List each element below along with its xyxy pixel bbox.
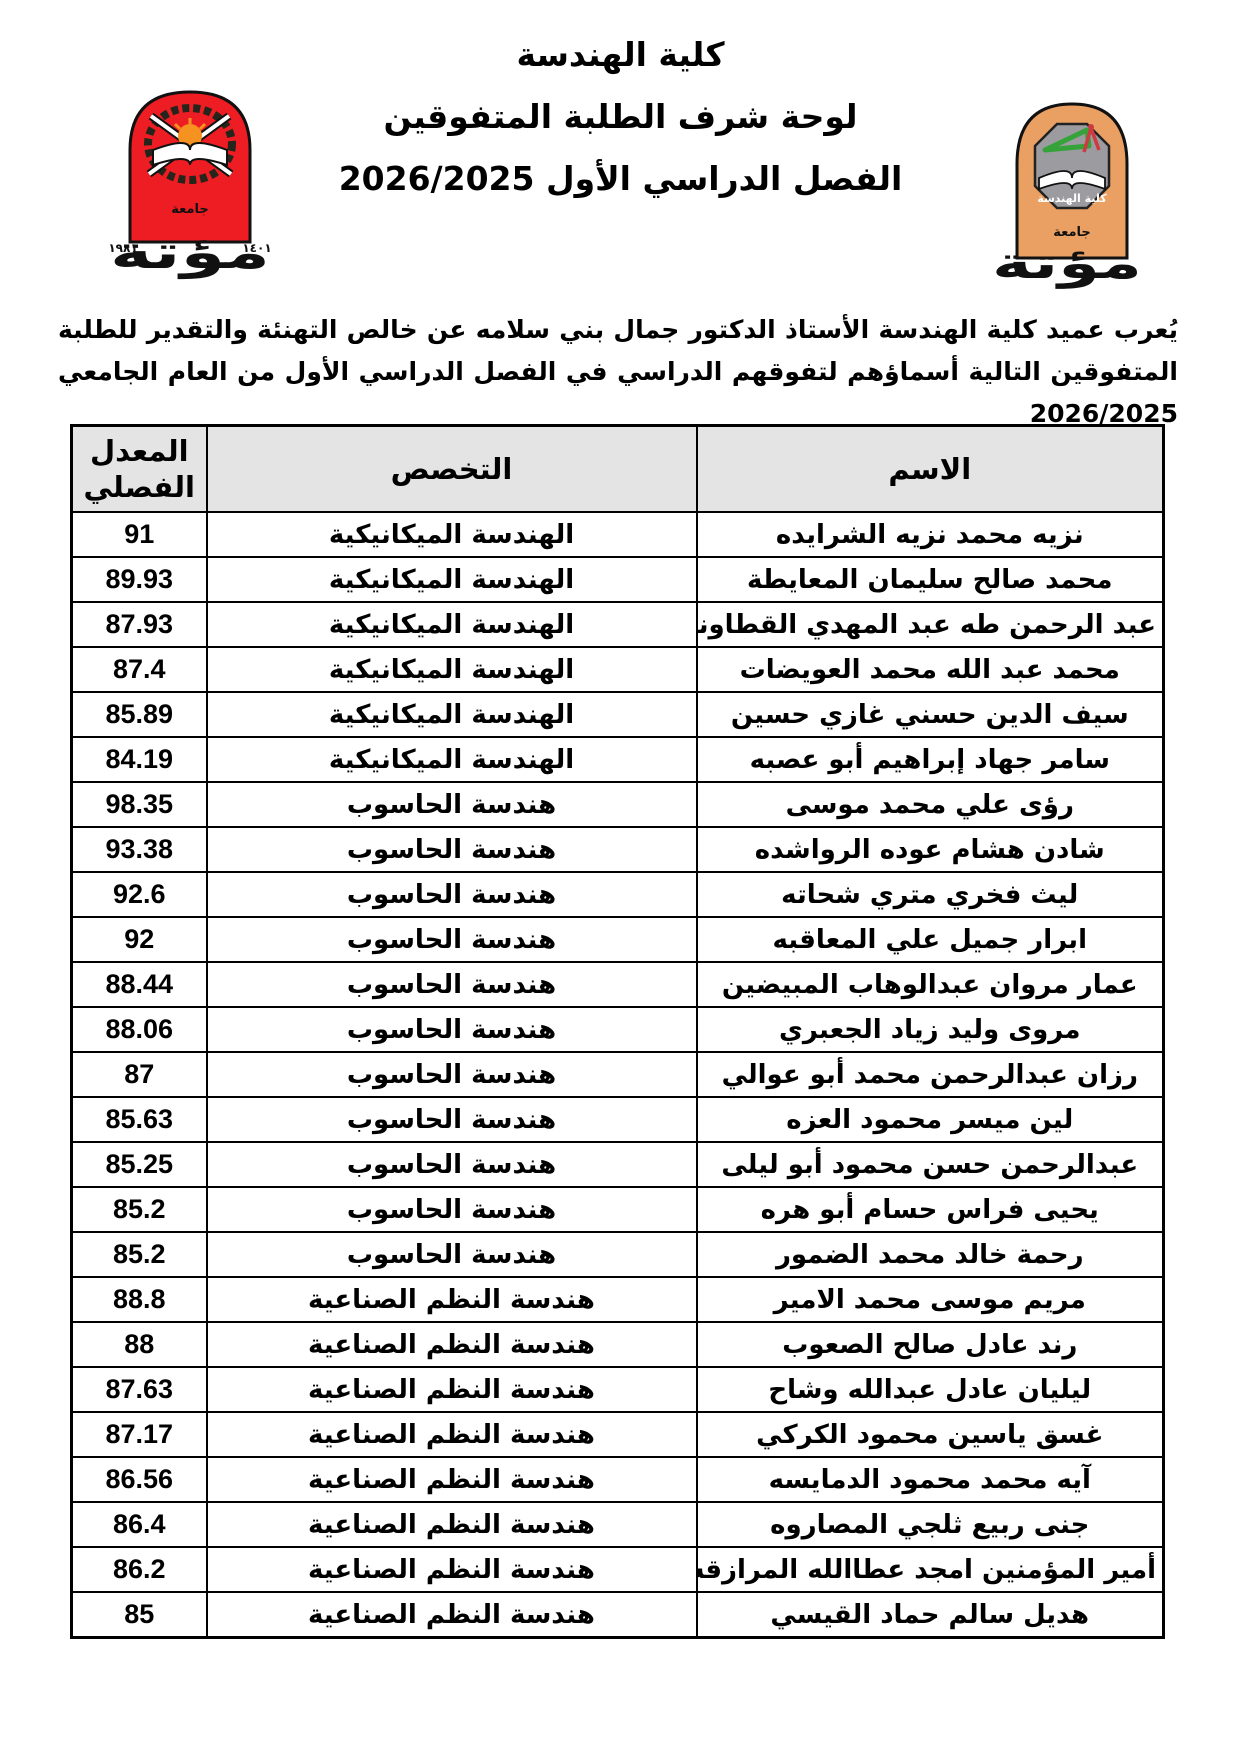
student-name: عبد الرحمن طه عبد المهدي القطاونه (697, 602, 1164, 647)
student-major: هندسة الحاسوب (207, 827, 697, 872)
col-header-major: التخصص (207, 426, 697, 513)
student-major: الهندسة الميكانيكية (207, 602, 697, 647)
col-header-gpa: المعدل الفصلي (72, 426, 207, 513)
student-name: عبدالرحمن حسن محمود أبو ليلى (697, 1142, 1164, 1187)
student-major: هندسة النظم الصناعية (207, 1457, 697, 1502)
student-gpa: 85.63 (72, 1097, 207, 1142)
student-name: جنى ربيع ثلجي المصاروه (697, 1502, 1164, 1547)
student-major: هندسة الحاسوب (207, 1007, 697, 1052)
student-name: نزيه محمد نزيه الشرايده (697, 512, 1164, 557)
student-gpa: 88.8 (72, 1277, 207, 1322)
student-row: رؤى علي محمد موسىهندسة الحاسوب98.35 (72, 782, 1164, 827)
student-row: آيه محمد محمود الدمايسههندسة النظم الصنا… (72, 1457, 1164, 1502)
intro-paragraph: يُعرب عميد كلية الهندسة الأستاذ الدكتور … (58, 309, 1178, 435)
student-gpa: 85.2 (72, 1187, 207, 1232)
student-row: رند عادل صالح الصعوبهندسة النظم الصناعية… (72, 1322, 1164, 1367)
table-header-row: الاسم التخصص المعدل الفصلي (72, 426, 1164, 513)
student-gpa: 87.17 (72, 1412, 207, 1457)
student-name: رند عادل صالح الصعوب (697, 1322, 1164, 1367)
student-name: محمد صالح سليمان المعايطة (697, 557, 1164, 602)
student-gpa: 88 (72, 1322, 207, 1367)
student-row: غسق ياسين محمود الكركيهندسة النظم الصناع… (72, 1412, 1164, 1457)
student-name: آيه محمد محمود الدمايسه (697, 1457, 1164, 1502)
student-gpa: 88.44 (72, 962, 207, 1007)
student-major: هندسة الحاسوب (207, 1052, 697, 1097)
student-major: هندسة الحاسوب (207, 872, 697, 917)
student-row: محمد عبد الله محمد العويضاتالهندسة الميك… (72, 647, 1164, 692)
student-gpa: 93.38 (72, 827, 207, 872)
student-name: سيف الدين حسني غازي حسين (697, 692, 1164, 737)
student-major: الهندسة الميكانيكية (207, 737, 697, 782)
student-gpa: 84.19 (72, 737, 207, 782)
student-gpa: 85.2 (72, 1232, 207, 1277)
student-name: عمار مروان عبدالوهاب المبيضين (697, 962, 1164, 1007)
student-gpa: 85 (72, 1592, 207, 1638)
student-major: هندسة الحاسوب (207, 1232, 697, 1277)
student-major: هندسة الحاسوب (207, 1187, 697, 1232)
document-page: جامعة ١٩٨١ ١٤٠١ مؤتة كلية الهندسة لوحة ش… (0, 0, 1241, 1755)
student-row: سامر جهاد إبراهيم أبو عصبهالهندسة الميكا… (72, 737, 1164, 782)
student-major: هندسة النظم الصناعية (207, 1367, 697, 1412)
student-major: هندسة الحاسوب (207, 1142, 697, 1187)
student-gpa: 85.25 (72, 1142, 207, 1187)
student-gpa: 91 (72, 512, 207, 557)
student-row: عمار مروان عبدالوهاب المبيضينهندسة الحاس… (72, 962, 1164, 1007)
student-major: هندسة النظم الصناعية (207, 1322, 697, 1367)
student-major: هندسة النظم الصناعية (207, 1412, 697, 1457)
student-row: نزيه محمد نزيه الشرايدهالهندسة الميكانيك… (72, 512, 1164, 557)
student-name: ليث فخري متري شحاته (697, 872, 1164, 917)
student-gpa: 87 (72, 1052, 207, 1097)
mutah-calligraphy: مؤتة (992, 238, 1142, 289)
student-major: الهندسة الميكانيكية (207, 512, 697, 557)
student-row: شادن هشام عوده الرواشدههندسة الحاسوب93.3… (72, 827, 1164, 872)
student-name: رؤى علي محمد موسى (697, 782, 1164, 827)
student-row: لين ميسر محمود العزههندسة الحاسوب85.63 (72, 1097, 1164, 1142)
student-row: رزان عبدالرحمن محمد أبو عواليهندسة الحاس… (72, 1052, 1164, 1097)
student-gpa: 98.35 (72, 782, 207, 827)
student-major: هندسة الحاسوب (207, 917, 697, 962)
student-name: غسق ياسين محمود الكركي (697, 1412, 1164, 1457)
student-gpa: 88.06 (72, 1007, 207, 1052)
student-row: هديل سالم حماد القيسيهندسة النظم الصناعي… (72, 1592, 1164, 1638)
student-name: يحيى فراس حسام أبو هره (697, 1187, 1164, 1232)
student-gpa: 87.4 (72, 647, 207, 692)
student-major: هندسة الحاسوب (207, 782, 697, 827)
student-name: ليليان عادل عبدالله وشاح (697, 1367, 1164, 1412)
student-row: ليليان عادل عبدالله وشاحهندسة النظم الصن… (72, 1367, 1164, 1412)
student-name: مروى وليد زياد الجعبري (697, 1007, 1164, 1052)
students-tbody: نزيه محمد نزيه الشرايدهالهندسة الميكانيك… (72, 512, 1164, 1638)
student-name: سامر جهاد إبراهيم أبو عصبه (697, 737, 1164, 782)
student-gpa: 92.6 (72, 872, 207, 917)
student-row: عبدالرحمن حسن محمود أبو ليلىهندسة الحاسو… (72, 1142, 1164, 1187)
mutah-calligraphy: مؤتة (110, 225, 270, 279)
student-name: رزان عبدالرحمن محمد أبو عوالي (697, 1052, 1164, 1097)
student-row: ابرار جميل علي المعاقبههندسة الحاسوب92 (72, 917, 1164, 962)
college-name-label: كلية الهندسة (1037, 192, 1107, 205)
student-row: أمير المؤمنين امجد عطاالله المرازقههندسة… (72, 1547, 1164, 1592)
student-gpa: 86.4 (72, 1502, 207, 1547)
student-gpa: 87.93 (72, 602, 207, 647)
student-row: ليث فخري متري شحاتههندسة الحاسوب92.6 (72, 872, 1164, 917)
engineering-college-logo: كلية الهندسة جامعة مؤتة (962, 86, 1157, 291)
student-major: الهندسة الميكانيكية (207, 692, 697, 737)
student-name: هديل سالم حماد القيسي (697, 1592, 1164, 1638)
student-gpa: 92 (72, 917, 207, 962)
student-row: محمد صالح سليمان المعايطةالهندسة الميكان… (72, 557, 1164, 602)
student-row: مروى وليد زياد الجعبريهندسة الحاسوب88.06 (72, 1007, 1164, 1052)
student-major: الهندسة الميكانيكية (207, 647, 697, 692)
page-title: كلية الهندسة (0, 38, 1241, 71)
student-major: الهندسة الميكانيكية (207, 557, 697, 602)
student-major: هندسة الحاسوب (207, 1097, 697, 1142)
honor-table: الاسم التخصص المعدل الفصلي نزيه محمد نزي… (70, 424, 1165, 1639)
student-row: جنى ربيع ثلجي المصاروههندسة النظم الصناع… (72, 1502, 1164, 1547)
student-name: محمد عبد الله محمد العويضات (697, 647, 1164, 692)
student-gpa: 86.2 (72, 1547, 207, 1592)
student-row: سيف الدين حسني غازي حسينالهندسة الميكاني… (72, 692, 1164, 737)
student-row: يحيى فراس حسام أبو هرههندسة الحاسوب85.2 (72, 1187, 1164, 1232)
student-row: رحمة خالد محمد الضمورهندسة الحاسوب85.2 (72, 1232, 1164, 1277)
student-major: هندسة النظم الصناعية (207, 1547, 697, 1592)
student-major: هندسة الحاسوب (207, 962, 697, 1007)
student-major: هندسة النظم الصناعية (207, 1592, 697, 1638)
student-name: أمير المؤمنين امجد عطاالله المرازقه (697, 1547, 1164, 1592)
student-name: لين ميسر محمود العزه (697, 1097, 1164, 1142)
student-name: شادن هشام عوده الرواشده (697, 827, 1164, 872)
student-gpa: 89.93 (72, 557, 207, 602)
student-major: هندسة النظم الصناعية (207, 1502, 697, 1547)
student-major: هندسة النظم الصناعية (207, 1277, 697, 1322)
student-gpa: 85.89 (72, 692, 207, 737)
student-name: ابرار جميل علي المعاقبه (697, 917, 1164, 962)
student-row: عبد الرحمن طه عبد المهدي القطاونهالهندسة… (72, 602, 1164, 647)
col-header-name: الاسم (697, 426, 1164, 513)
student-name: مريم موسى محمد الامير (697, 1277, 1164, 1322)
student-gpa: 87.63 (72, 1367, 207, 1412)
student-name: رحمة خالد محمد الضمور (697, 1232, 1164, 1277)
student-row: مريم موسى محمد الاميرهندسة النظم الصناعي… (72, 1277, 1164, 1322)
student-gpa: 86.56 (72, 1457, 207, 1502)
